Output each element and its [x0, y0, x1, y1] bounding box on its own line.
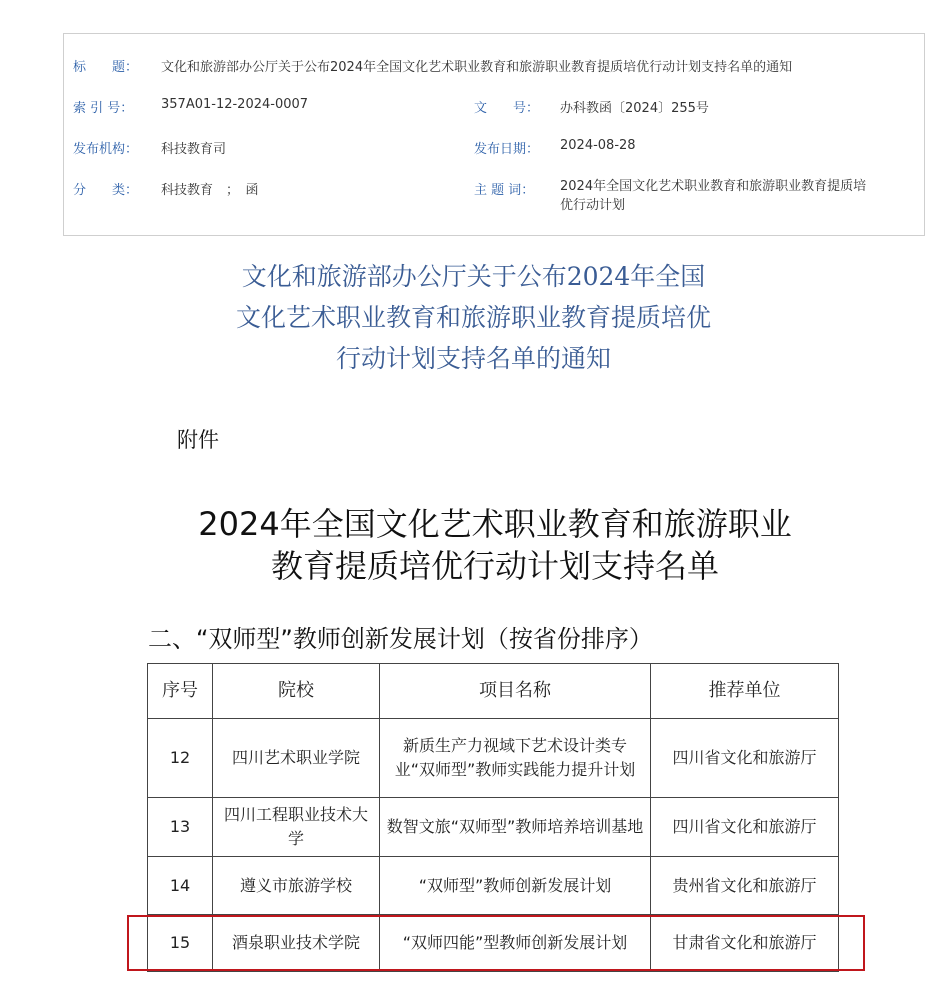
section-title: 二、“双师型”教师创新发展计划（按省份排序） — [148, 619, 653, 654]
cell-school: 酒泉职业技术学院 — [213, 915, 380, 972]
cell-number: 14 — [148, 857, 213, 915]
cell-project: “双师四能”型教师创新发展计划 — [380, 915, 651, 972]
cell-recommender: 四川省文化和旅游厅 — [651, 719, 839, 798]
document-title: 文化和旅游部办公厅关于公布2024年全国 文化艺术职业教育和旅游职业教育提质培优… — [0, 256, 947, 379]
cell-number: 15 — [148, 915, 213, 972]
table-row-highlighted: 15 酒泉职业技术学院 “双师四能”型教师创新发展计划 甘肃省文化和旅游厅 — [148, 915, 839, 972]
cell-number: 13 — [148, 798, 213, 857]
cell-project: “双师型”教师创新发展计划 — [380, 857, 651, 915]
category-value: 科技教育 ； 函 — [161, 179, 259, 198]
docno-value: 办科教函〔2024〕255号 — [560, 97, 709, 116]
issuer-value: 科技教育司 — [161, 138, 226, 157]
table-row: 12 四川艺术职业学院 新质生产力视域下艺术设计类专业“双师型”教师实践能力提升… — [148, 719, 839, 798]
category-label: 分 类： — [73, 179, 138, 198]
list-title: 2024年全国文化艺术职业教育和旅游职业 教育提质培优行动计划支持名单 — [0, 503, 947, 587]
cell-school: 遵义市旅游学校 — [213, 857, 380, 915]
cell-school: 四川工程职业技术大学 — [213, 798, 380, 857]
cell-number: 12 — [148, 719, 213, 798]
support-list-table: 序号 院校 项目名称 推荐单位 12 四川艺术职业学院 新质生产力视域下艺术设计… — [147, 663, 839, 972]
table-row: 13 四川工程职业技术大学 数智文旅“双师型”教师培养培训基地 四川省文化和旅游… — [148, 798, 839, 857]
table-header-row: 序号 院校 项目名称 推荐单位 — [148, 664, 839, 719]
docno-label: 文 号： — [474, 97, 539, 116]
issuer-label: 发布机构： — [73, 138, 138, 157]
header-school: 院校 — [213, 664, 380, 719]
title-value: 文化和旅游部办公厅关于公布2024年全国文化艺术职业教育和旅游职业教育提质培优行… — [161, 56, 792, 75]
keywords-label: 主 题 词： — [474, 179, 534, 198]
metadata-panel: 标 题： 文化和旅游部办公厅关于公布2024年全国文化艺术职业教育和旅游职业教育… — [63, 33, 925, 236]
list-title-line-1: 2024年全国文化艺术职业教育和旅游职业 — [0, 503, 947, 545]
list-title-line-2: 教育提质培优行动计划支持名单 — [0, 545, 947, 587]
header-recommender: 推荐单位 — [651, 664, 839, 719]
cell-recommender: 甘肃省文化和旅游厅 — [651, 915, 839, 972]
cell-project: 数智文旅“双师型”教师培养培训基地 — [380, 798, 651, 857]
index-value: 357A01-12-2024-0007 — [161, 97, 308, 112]
cell-recommender: 贵州省文化和旅游厅 — [651, 857, 839, 915]
cell-school: 四川艺术职业学院 — [213, 719, 380, 798]
document-title-line-3: 行动计划支持名单的通知 — [0, 338, 947, 379]
cell-project: 新质生产力视域下艺术设计类专业“双师型”教师实践能力提升计划 — [380, 719, 651, 798]
table-row: 14 遵义市旅游学校 “双师型”教师创新发展计划 贵州省文化和旅游厅 — [148, 857, 839, 915]
document-title-line-1: 文化和旅游部办公厅关于公布2024年全国 — [0, 256, 947, 297]
attachment-label: 附件 — [177, 424, 219, 454]
index-label: 索 引 号： — [73, 97, 133, 116]
date-value: 2024-08-28 — [560, 138, 636, 153]
title-label: 标 题： — [73, 56, 138, 75]
document-title-line-2: 文化艺术职业教育和旅游职业教育提质培优 — [0, 297, 947, 338]
header-number: 序号 — [148, 664, 213, 719]
keywords-value: 2024年全国文化艺术职业教育和旅游职业教育提质培优行动计划 — [560, 177, 870, 215]
header-project: 项目名称 — [380, 664, 651, 719]
cell-recommender: 四川省文化和旅游厅 — [651, 798, 839, 857]
date-label: 发布日期： — [474, 138, 539, 157]
